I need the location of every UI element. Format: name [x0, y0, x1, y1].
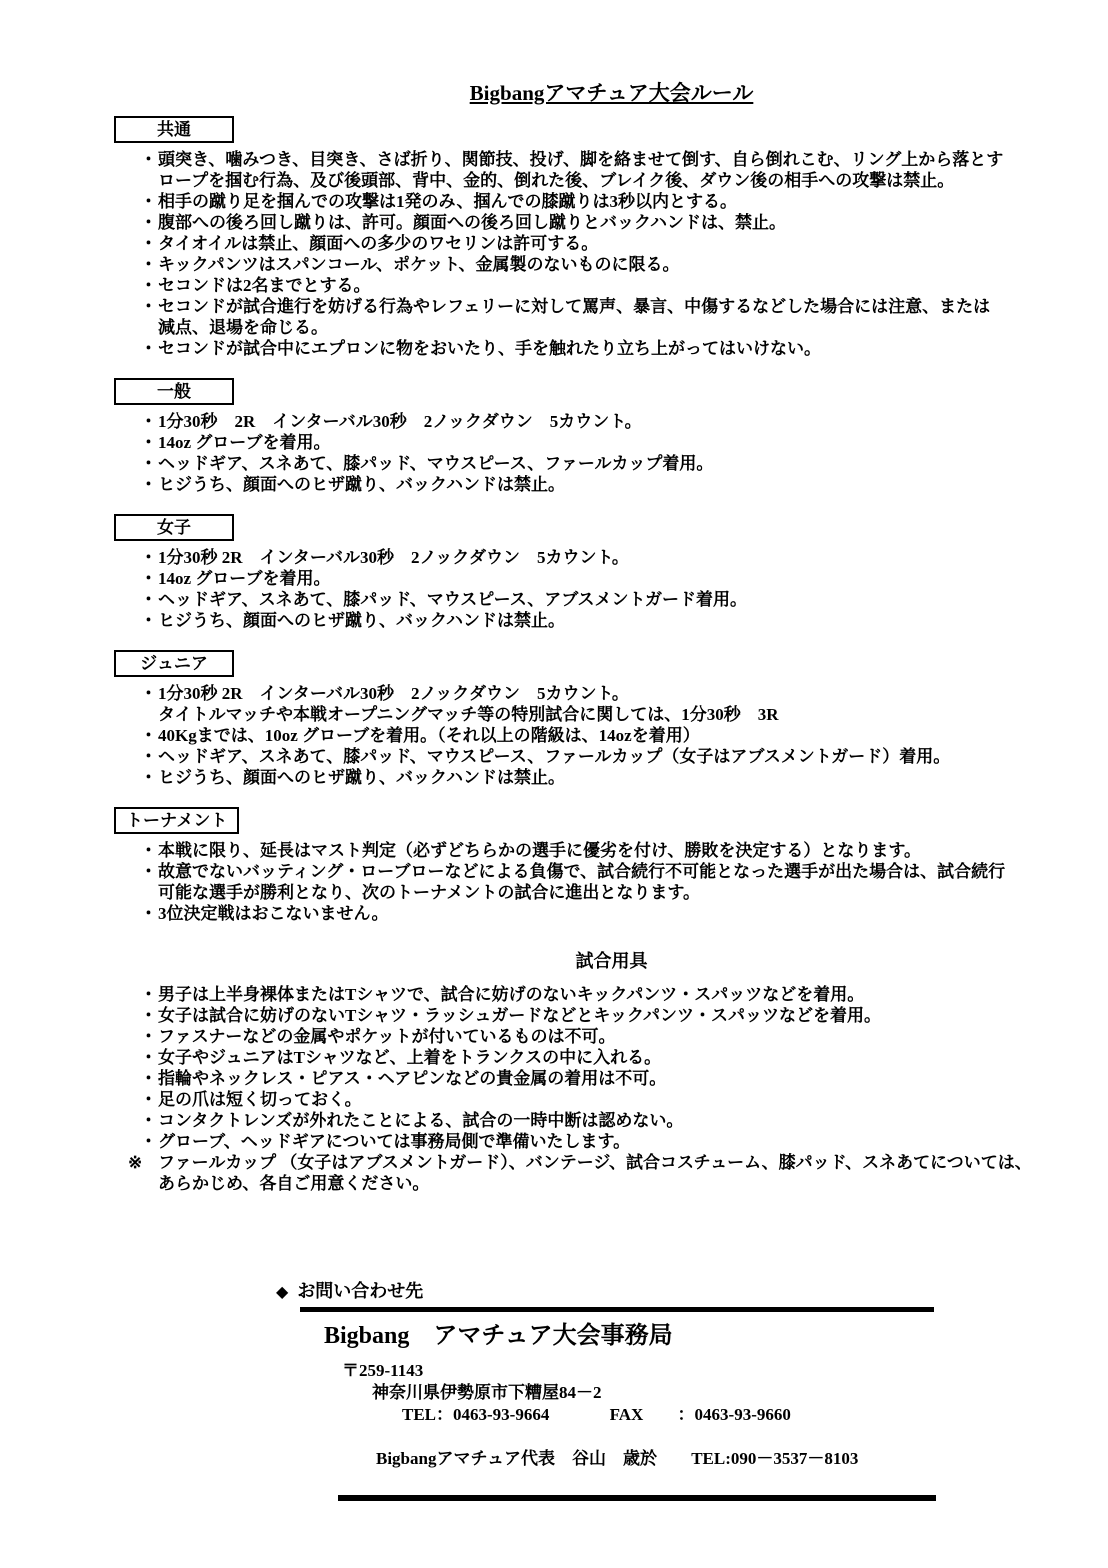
bullet-icon: ・ — [140, 861, 158, 903]
rule-text: 3位決定戦はおこないません。 — [158, 903, 389, 924]
bullet-icon: ・ — [140, 1068, 158, 1089]
bullet-icon: ・ — [140, 984, 158, 1005]
rule-item: ・ 本戦に限り、延長はマスト判定（必ずどちらかの選手に優劣を付け、勝敗を決定する… — [140, 840, 1054, 861]
rule-text: ヒジうち、顔面へのヒザ蹴り、バックハンドは禁止。 — [158, 767, 565, 788]
rule-text: 相手の蹴り足を掴んでの攻撃は1発のみ、掴んでの膝蹴りは3秒以内とする。 — [158, 191, 737, 212]
rule-item: ・ 腹部への後ろ回し蹴りは、許可。顔面への後ろ回し蹴りとバックハンドは、禁止。 — [140, 212, 1054, 233]
address: 神奈川県伊勢原市下糟屋84－2 — [372, 1382, 1054, 1404]
rule-text: グローブ、ヘッドギアについては事務局側で準備いたします。 — [158, 1131, 630, 1152]
bullet-list: ・ 本戦に限り、延長はマスト判定（必ずどちらかの選手に優劣を付け、勝敗を決定する… — [140, 840, 1054, 924]
rule-text: ヘッドギア、スネあて、膝パッド、マウスピース、ファールカップ着用。 — [158, 453, 713, 474]
rule-item: ・ 女子は試合に妨げのないTシャツ・ラッシュガードなどとキックパンツ・スパッツな… — [140, 1005, 1054, 1026]
bullet-icon: ・ — [140, 1005, 158, 1026]
section-heading-box: 女子 — [114, 514, 234, 541]
contact-heading-text: お問い合わせ先 — [297, 1281, 423, 1301]
rule-text: 女子やジュニアはTシャツなど、上着をトランクスの中に入れる。 — [158, 1047, 661, 1068]
rule-text: 1分30秒 2R インターバル30秒 2ノックダウン 5カウント。 — [158, 411, 642, 432]
bullet-list: ・ 頭突き、噛みつき、目突き、さば折り、関節技、投げ、脚を絡ませて倒す、自ら倒れ… — [140, 149, 1054, 359]
rules-section: 一般 ・ 1分30秒 2R インターバル30秒 2ノックダウン 5カウント。 ・… — [114, 378, 1054, 495]
rule-item: ・ 1分30秒 2R インターバル30秒 2ノックダウン 5カウント。 — [140, 411, 1054, 432]
section-heading-box: ジュニア — [114, 650, 234, 677]
rule-text: セコンドは2名までとする。 — [158, 275, 371, 296]
rule-text: コンタクトレンズが外れたことによる、試合の一時中断は認めない。 — [158, 1110, 683, 1131]
page-title: Bigbangアマチュア大会ルール — [114, 80, 1054, 106]
representative-line: Bigbangアマチュア代表 谷山 歳於 TEL:090－3537－8103 — [376, 1448, 1054, 1470]
rule-text: セコンドが試合中にエプロンに物をおいたり、手を触れたり立ち上がってはいけない。 — [158, 338, 821, 359]
divider-bottom — [338, 1495, 936, 1501]
section-heading-box: トーナメント — [114, 807, 239, 834]
rule-text: ヒジうち、顔面へのヒザ蹴り、バックハンドは禁止。 — [158, 474, 565, 495]
rule-text: 指輪やネックレス・ピアス・ヘアピンなどの貴金属の着用は不可。 — [158, 1068, 666, 1089]
bullet-icon: ・ — [140, 725, 158, 746]
contact-heading: ◆お問い合わせ先 — [276, 1280, 1054, 1304]
bullet-icon: ・ — [140, 568, 158, 589]
tel-number: TEL：0463-93-9664 — [402, 1405, 549, 1424]
rule-item: ・ ヘッドギア、スネあて、膝パッド、マウスピース、ファールカップ着用。 — [140, 453, 1054, 474]
bullet-icon: ・ — [140, 1110, 158, 1131]
section-heading-box: 共通 — [114, 116, 234, 143]
page-title-text: Bigbangアマチュア大会ルール — [470, 81, 754, 105]
rule-text: タイオイルは禁止、顔面への多少のワセリンは許可する。 — [158, 233, 598, 254]
diamond-icon: ◆ — [276, 1284, 288, 1301]
fax-number: ：0463-93-9660 — [678, 1405, 791, 1424]
bullet-icon: ・ — [140, 296, 158, 338]
rule-text: ファスナーなどの金属やポケットが付いているものは不可。 — [158, 1026, 615, 1047]
rule-text: ヘッドギア、スネあて、膝パッド、マウスピース、ファールカップ（女子はアブスメント… — [158, 746, 950, 767]
rule-text: 腹部への後ろ回し蹴りは、許可。顔面への後ろ回し蹴りとバックハンドは、禁止。 — [158, 212, 786, 233]
rule-item: ・ ヘッドギア、スネあて、膝パッド、マウスピース、アブスメントガード着用。 — [140, 589, 1054, 610]
bullet-icon: ・ — [140, 233, 158, 254]
rule-text: 1分30秒 2R インターバル30秒 2ノックダウン 5カウント。 タイトルマッ… — [158, 683, 779, 725]
rule-item: ・ 14oz グローブを着用。 — [140, 568, 1054, 589]
rule-item: ・ コンタクトレンズが外れたことによる、試合の一時中断は認めない。 — [140, 1110, 1054, 1131]
bullet-icon: ・ — [140, 338, 158, 359]
section-heading-box: 一般 — [114, 378, 234, 405]
bullet-icon: ・ — [140, 254, 158, 275]
bullet-icon: ・ — [140, 547, 158, 568]
rule-text: 14oz グローブを着用。 — [158, 432, 330, 453]
rule-item: ・ キックパンツはスパンコール、ポケット、金属製のないものに限る。 — [140, 254, 1054, 275]
section-heading: 共通 — [157, 120, 191, 139]
section-heading: 女子 — [157, 518, 191, 537]
rule-item: ・ 指輪やネックレス・ピアス・ヘアピンなどの貴金属の着用は不可。 — [140, 1068, 1054, 1089]
rule-text: キックパンツはスパンコール、ポケット、金属製のないものに限る。 — [158, 254, 680, 275]
document-page: Bigbangアマチュア大会ルール 共通 ・ 頭突き、噛みつき、目突き、さば折り… — [114, 0, 1054, 1501]
bullet-icon: ・ — [140, 411, 158, 432]
equipment-section: 試合用具 ・ 男子は上半身裸体またはTシャツで、試合に妨げのないキックパンツ・ス… — [114, 950, 1054, 1194]
rule-text: 足の爪は短く切っておく。 — [158, 1089, 362, 1110]
rule-item: ・ 3位決定戦はおこないません。 — [140, 903, 1054, 924]
rule-item: ・ タイオイルは禁止、顔面への多少のワセリンは許可する。 — [140, 233, 1054, 254]
bullet-icon: ・ — [140, 453, 158, 474]
rule-item: ・ ヘッドギア、スネあて、膝パッド、マウスピース、ファールカップ（女子はアブスメ… — [140, 746, 1054, 767]
equipment-note: ※ ファールカップ （女子はアブスメントガード）、バンテージ、試合コスチューム、… — [128, 1152, 1054, 1194]
rule-item: ・ ヒジうち、顔面へのヒザ蹴り、バックハンドは禁止。 — [140, 474, 1054, 495]
rules-section: ジュニア ・ 1分30秒 2R インターバル30秒 2ノックダウン 5カウント。… — [114, 650, 1054, 788]
rule-text: 男子は上半身裸体またはTシャツで、試合に妨げのないキックパンツ・スパッツなどを着… — [158, 984, 864, 1005]
divider-top — [300, 1307, 934, 1312]
bullet-list: ・ 1分30秒 2R インターバル30秒 2ノックダウン 5カウント。 タイトル… — [140, 683, 1054, 788]
rule-item: ・ ファスナーなどの金属やポケットが付いているものは不可。 — [140, 1026, 1054, 1047]
bullet-icon: ・ — [140, 474, 158, 495]
bullet-icon: ・ — [140, 683, 158, 725]
equipment-note-text: ファールカップ （女子はアブスメントガード）、バンテージ、試合コスチューム、膝パ… — [158, 1152, 1032, 1194]
rule-text: 14oz グローブを着用。 — [158, 568, 330, 589]
rule-item: ・ ヒジうち、顔面へのヒザ蹴り、バックハンドは禁止。 — [140, 767, 1054, 788]
rule-text: ヘッドギア、スネあて、膝パッド、マウスピース、アブスメントガード着用。 — [158, 589, 747, 610]
rule-item: ・ セコンドは2名までとする。 — [140, 275, 1054, 296]
bullet-icon: ・ — [140, 1047, 158, 1068]
rule-item: ・ 足の爪は短く切っておく。 — [140, 1089, 1054, 1110]
bullet-icon: ・ — [140, 589, 158, 610]
rule-item: ・ 相手の蹴り足を掴んでの攻撃は1発のみ、掴んでの膝蹴りは3秒以内とする。 — [140, 191, 1054, 212]
section-heading: ジュニア — [140, 654, 208, 673]
rule-item: ・ 男子は上半身裸体またはTシャツで、試合に妨げのないキックパンツ・スパッツなど… — [140, 984, 1054, 1005]
equipment-list: ・ 男子は上半身裸体またはTシャツで、試合に妨げのないキックパンツ・スパッツなど… — [140, 984, 1054, 1152]
rule-item: ・ 14oz グローブを着用。 — [140, 432, 1054, 453]
rule-text: 1分30秒 2R インターバル30秒 2ノックダウン 5カウント。 — [158, 547, 629, 568]
rule-text: セコンドが試合進行を妨げる行為やレフェリーに対して罵声、暴言、中傷するなどした場… — [158, 296, 990, 338]
bullet-icon: ・ — [140, 746, 158, 767]
bullet-list: ・ 1分30秒 2R インターバル30秒 2ノックダウン 5カウント。 ・ 14… — [140, 411, 1054, 495]
rule-item: ・ 女子やジュニアはTシャツなど、上着をトランクスの中に入れる。 — [140, 1047, 1054, 1068]
rules-section: トーナメント ・ 本戦に限り、延長はマスト判定（必ずどちらかの選手に優劣を付け、… — [114, 807, 1054, 924]
tel-fax-line: TEL：0463-93-9664 FAX ：0463-93-9660 — [402, 1404, 1054, 1426]
contact-section: ◆お問い合わせ先 Bigbang アマチュア大会事務局 〒259-1143 神奈… — [114, 1280, 1054, 1501]
bullet-icon: ・ — [140, 149, 158, 191]
rule-item: ・ 40Kgまでは、10oz グローブを着用。（それ以上の階級は、14ozを着用… — [140, 725, 1054, 746]
rule-text: 本戦に限り、延長はマスト判定（必ずどちらかの選手に優劣を付け、勝敗を決定する）と… — [158, 840, 921, 861]
rule-text: 女子は試合に妨げのないTシャツ・ラッシュガードなどとキックパンツ・スパッツなどを… — [158, 1005, 881, 1026]
fax-label: FAX — [610, 1405, 644, 1424]
bullet-icon: ・ — [140, 212, 158, 233]
bullet-icon: ・ — [140, 1026, 158, 1047]
bullet-icon: ・ — [140, 1089, 158, 1110]
rule-item: ・ セコンドが試合中にエプロンに物をおいたり、手を触れたり立ち上がってはいけない… — [140, 338, 1054, 359]
reference-mark-icon: ※ — [128, 1152, 158, 1194]
postal-code: 〒259-1143 — [342, 1360, 1054, 1382]
sections-container: 共通 ・ 頭突き、噛みつき、目突き、さば折り、関節技、投げ、脚を絡ませて倒す、自… — [114, 116, 1054, 924]
rule-item: ・ 頭突き、噛みつき、目突き、さば折り、関節技、投げ、脚を絡ませて倒す、自ら倒れ… — [140, 149, 1054, 191]
equipment-heading: 試合用具 — [114, 950, 1054, 972]
bullet-icon: ・ — [140, 432, 158, 453]
bullet-icon: ・ — [140, 840, 158, 861]
bullet-icon: ・ — [140, 275, 158, 296]
rule-text: 故意でないバッティング・ローブローなどによる負傷で、試合続行不可能となった選手が… — [158, 861, 1005, 903]
bullet-icon: ・ — [140, 610, 158, 631]
bullet-list: ・ 1分30秒 2R インターバル30秒 2ノックダウン 5カウント。 ・ 14… — [140, 547, 1054, 631]
bullet-icon: ・ — [140, 903, 158, 924]
section-heading: トーナメント — [126, 811, 227, 830]
representative-tel: TEL:090－3537－8103 — [691, 1449, 858, 1468]
rule-item: ・ 1分30秒 2R インターバル30秒 2ノックダウン 5カウント。 タイトル… — [140, 683, 1054, 725]
bullet-icon: ・ — [140, 767, 158, 788]
rule-text: ヒジうち、顔面へのヒザ蹴り、バックハンドは禁止。 — [158, 610, 565, 631]
rule-item: ・ 1分30秒 2R インターバル30秒 2ノックダウン 5カウント。 — [140, 547, 1054, 568]
rule-item: ・ グローブ、ヘッドギアについては事務局側で準備いたします。 — [140, 1131, 1054, 1152]
bullet-icon: ・ — [140, 1131, 158, 1152]
rules-section: 共通 ・ 頭突き、噛みつき、目突き、さば折り、関節技、投げ、脚を絡ませて倒す、自… — [114, 116, 1054, 359]
rules-section: 女子 ・ 1分30秒 2R インターバル30秒 2ノックダウン 5カウント。 ・… — [114, 514, 1054, 631]
rule-item: ・ ヒジうち、顔面へのヒザ蹴り、バックハンドは禁止。 — [140, 610, 1054, 631]
bullet-icon: ・ — [140, 191, 158, 212]
rule-text: 40Kgまでは、10oz グローブを着用。（それ以上の階級は、14ozを着用） — [158, 725, 700, 746]
organization-name: Bigbang アマチュア大会事務局 — [324, 1321, 1054, 1351]
rule-item: ・ セコンドが試合進行を妨げる行為やレフェリーに対して罵声、暴言、中傷するなどし… — [140, 296, 1054, 338]
rule-text: 頭突き、噛みつき、目突き、さば折り、関節技、投げ、脚を絡ませて倒す、自ら倒れこむ… — [158, 149, 1003, 191]
section-heading: 一般 — [157, 382, 191, 401]
rule-item: ・ 故意でないバッティング・ローブローなどによる負傷で、試合続行不可能となった選… — [140, 861, 1054, 903]
representative-name: Bigbangアマチュア代表 谷山 歳於 — [376, 1449, 657, 1468]
